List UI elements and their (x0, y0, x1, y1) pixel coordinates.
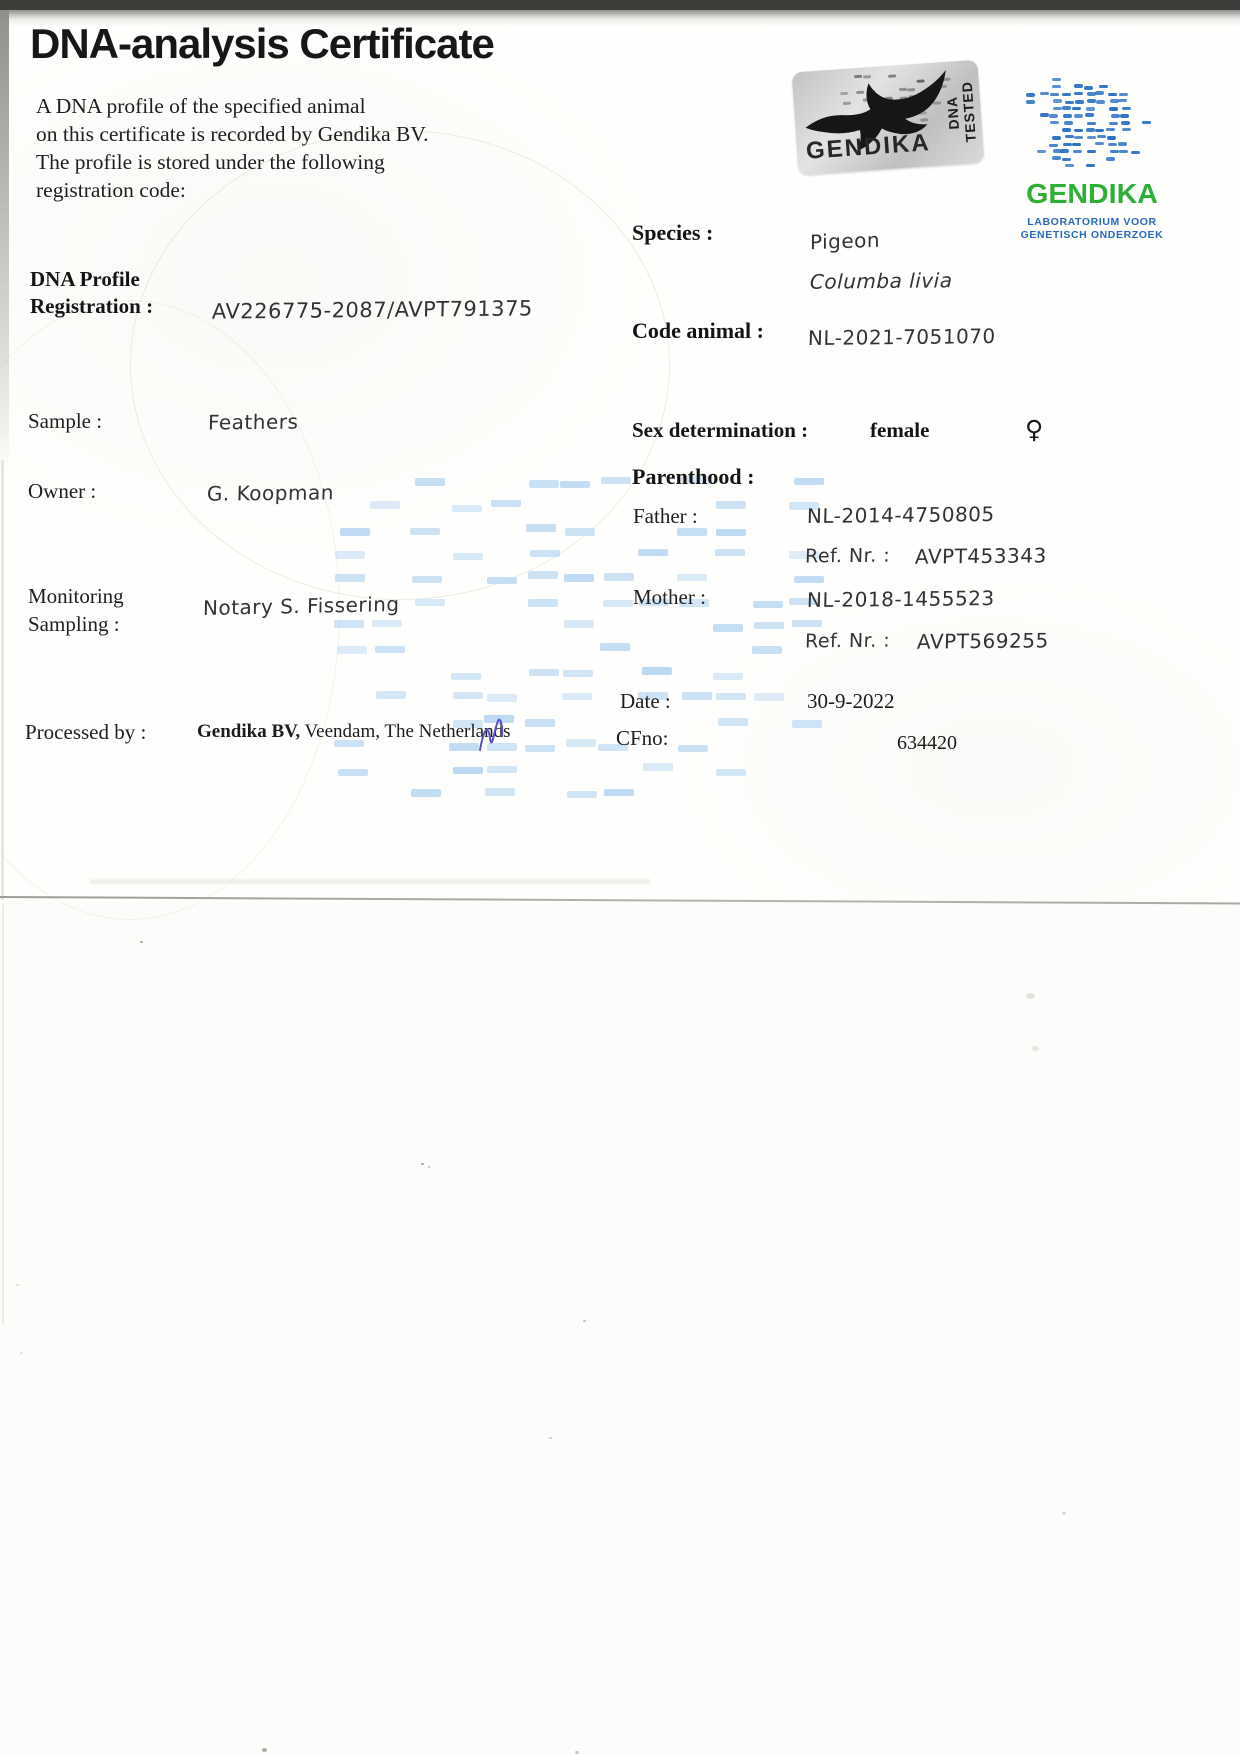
watermark-dash (370, 501, 400, 509)
watermark-dash (713, 624, 743, 632)
logo-gel-dash (1131, 151, 1140, 154)
intro-line: on this certificate is recorded by Gendi… (36, 120, 428, 148)
monitoring-sampling-value: Notary S. Fissering (203, 592, 400, 620)
logo-gel-dash (1095, 129, 1104, 132)
logo-gel-dash (1062, 93, 1071, 96)
logo-gel-dash (1052, 78, 1061, 81)
logo-gel-dash (1118, 99, 1127, 102)
logo-gel-dash (1111, 114, 1120, 117)
scan-speck (1026, 993, 1035, 999)
logo-gel-dash (1087, 136, 1096, 139)
logo-gel-dash (1074, 136, 1083, 139)
female-symbol-icon: ♀ (1025, 415, 1043, 444)
logo-gel-dash (1087, 99, 1096, 102)
logo-gel-dash (1040, 92, 1049, 95)
watermark-dash (754, 622, 784, 630)
watermark-dash (564, 620, 594, 628)
signature-squiggle (477, 714, 507, 756)
watermark-dash (452, 505, 482, 513)
code-animal-label: Code animal : (632, 318, 764, 344)
logo-gel-dash (1095, 142, 1104, 145)
mother-ref-value: AVPT569255 (917, 628, 1049, 653)
logo-gel-dash (1052, 136, 1061, 139)
logo-gel-dash (1053, 99, 1062, 102)
father-value: NL-2014-4750805 (807, 502, 995, 528)
watermark-dash (716, 769, 746, 777)
logo-gel-dash (1119, 150, 1128, 153)
watermark-dash (487, 577, 517, 585)
logo-gel-dash (1086, 107, 1095, 110)
code-animal-value: NL-2021-7051070 (808, 324, 996, 350)
watermark-dash (528, 599, 558, 607)
gendika-wordmark: GENDIKA (1014, 178, 1169, 210)
watermark-dash (529, 480, 559, 488)
scan-bottom-shadow (90, 879, 650, 884)
watermark-dash (642, 667, 672, 675)
logo-gel-dash (1097, 135, 1106, 138)
watermark-dash (335, 551, 365, 559)
logo-gel-dash (1040, 113, 1049, 116)
owner-label: Owner : (28, 479, 96, 504)
logo-gel-dash (1064, 121, 1073, 124)
logo-gel-dash (1049, 114, 1058, 117)
cfno-value: 634420 (897, 732, 957, 755)
watermark-dash (563, 670, 593, 678)
watermark-dash (453, 767, 483, 775)
watermark-dash (451, 673, 481, 681)
intro-line: A DNA profile of the specified animal (36, 92, 428, 120)
watermark-dash (453, 692, 483, 700)
logo-gel-dash (1087, 122, 1096, 125)
logo-gel-dash (1052, 156, 1061, 159)
mother-label: Mother : (633, 585, 706, 610)
watermark-dash (603, 600, 633, 608)
scan-speck (16, 1284, 19, 1286)
watermark-dash (335, 574, 365, 582)
mother-ref-label: Ref. Nr. : (805, 630, 891, 653)
logo-gel-dash (1050, 121, 1059, 124)
sample-label: Sample : (28, 409, 102, 434)
scan-speck (1032, 1046, 1039, 1051)
watermark-dash (792, 720, 822, 728)
watermark-dash (566, 739, 596, 747)
logo-gel-dash (1095, 91, 1104, 94)
sample-value: Feathers (208, 410, 299, 435)
watermark-dash (716, 529, 746, 537)
watermark-dash (753, 601, 783, 609)
watermark-dash (715, 549, 745, 557)
watermark-dash (678, 745, 708, 753)
logo-gel-dash (1096, 100, 1105, 103)
father-ref-value: AVPT453343 (915, 543, 1047, 568)
watermark-dash (375, 646, 405, 654)
gendika-logo: G GENDIKA LABORATORIUM VOOR GENETISCH ON… (1016, 78, 1168, 242)
scan-top-edge (0, 0, 1240, 10)
logo-gel-dash (1052, 85, 1061, 88)
logo-gel-dash (1060, 149, 1069, 152)
logo-gel-dash (1074, 114, 1083, 117)
watermark-dash (718, 718, 748, 726)
sticker-dna-tested-text: DNA TESTED (942, 65, 980, 159)
watermark-dash (338, 769, 368, 777)
watermark-dash (340, 528, 370, 536)
date-value: 30-9-2022 (807, 689, 895, 714)
watermark-dash (487, 766, 517, 774)
watermark-dash (526, 524, 556, 532)
scan-speck (575, 1751, 579, 1754)
intro-line: registration code: (36, 176, 428, 204)
logo-gel-dash (1142, 121, 1151, 124)
logo-gel-dash (1122, 128, 1131, 131)
date-label: Date : (620, 689, 671, 714)
logo-gel-dash (1062, 128, 1071, 131)
logo-gel-dash (1062, 158, 1071, 161)
logo-gel-dash (1053, 107, 1062, 110)
watermark-dash (643, 763, 673, 771)
scan-speck (20, 1352, 23, 1354)
dna-profile-registration-label: DNA Profile Registration : (30, 266, 153, 320)
logo-gel-dash (1099, 85, 1108, 88)
logo-gel-dash (1049, 144, 1058, 147)
watermark-dash (529, 669, 559, 677)
parenthood-label: Parenthood : (632, 464, 754, 490)
hologram-sticker: GENDIKA DNA TESTED (792, 60, 985, 176)
logo-gel-dash (1106, 157, 1115, 160)
watermark-dash (565, 528, 595, 536)
watermark-dash (638, 549, 668, 557)
logo-gel-dash (1085, 113, 1094, 116)
logo-gel-dash (1109, 122, 1118, 125)
gendika-gel-mark-icon: G (1028, 78, 1154, 172)
watermark-dash (562, 693, 592, 701)
watermark-dash (716, 693, 746, 701)
sex-determination-label: Sex determination : (632, 418, 808, 443)
logo-gel-dash (1065, 101, 1074, 104)
logo-gel-dash (1084, 86, 1093, 89)
scan-left-edge-lower (2, 905, 4, 1325)
watermark-dash (415, 599, 445, 607)
watermark-dash (528, 571, 558, 579)
logo-gel-dash (1063, 143, 1072, 146)
logo-gel-dash (1086, 164, 1095, 167)
father-ref-label: Ref. Nr. : (805, 545, 891, 568)
sex-determination-value: female (870, 418, 929, 443)
watermark-dash (415, 478, 445, 486)
tagline-line: GENETISCH ONDERZOEK (1016, 229, 1168, 242)
logo-gel-dash (1120, 114, 1129, 117)
species-label: Species : (632, 220, 713, 246)
page-title: DNA-analysis Certificate (30, 20, 494, 68)
watermark-dash (530, 550, 560, 558)
logo-gel-dash (1065, 164, 1074, 167)
watermark-dash (337, 646, 367, 654)
processed-by-value: Gendika BV, Veendam, The Netherlands (197, 721, 511, 743)
logo-gel-dash (1106, 128, 1115, 131)
logo-gel-dash (1109, 107, 1118, 110)
logo-gel-dash (1121, 121, 1130, 124)
watermark-dash (677, 574, 707, 582)
logo-gel-dash (1074, 84, 1083, 87)
watermark-dash (716, 501, 746, 509)
logo-gel-dash (1074, 129, 1083, 132)
processed-by-label: Processed by : (25, 720, 146, 745)
intro-line: The profile is stored under the followin… (36, 148, 428, 176)
watermark-dash (485, 788, 515, 796)
watermark-dash (752, 646, 782, 654)
logo-gel-dash (1063, 114, 1072, 117)
watermark-dash (792, 620, 822, 628)
logo-gel-dash (1065, 135, 1074, 138)
watermark-dash (411, 789, 441, 797)
watermark-dash (453, 553, 483, 561)
intro-paragraph: A DNA profile of the specified animal on… (36, 92, 428, 204)
watermark-dash (376, 691, 406, 699)
logo-gel-dash (1108, 143, 1117, 146)
logo-gel-dash (1062, 106, 1071, 109)
watermark-dash (525, 745, 555, 753)
scan-speck (1062, 1512, 1066, 1515)
watermark-dash (334, 620, 364, 628)
watermark-dash (567, 791, 597, 799)
logo-gel-dash (1072, 143, 1081, 146)
logo-gel-dash (1050, 93, 1059, 96)
watermark-dash (487, 694, 517, 702)
gendika-tagline: LABORATORIUM VOOR GENETISCH ONDERZOEK (1016, 216, 1168, 242)
watermark-dash (491, 500, 521, 508)
scanned-certificate: DNA-analysis Certificate A DNA profile o… (0, 0, 1240, 1754)
scan-speck (549, 1437, 552, 1439)
watermark-dash (372, 620, 402, 628)
logo-gel-dash (1075, 100, 1084, 103)
scan-speck (428, 1166, 430, 1168)
logo-gel-dash (1072, 107, 1081, 110)
watermark-dash (754, 693, 784, 701)
species-latin-value: Columba livia (810, 268, 953, 293)
logo-gel-dash (1119, 93, 1128, 96)
father-label: Father : (633, 504, 698, 529)
watermark-dash (682, 692, 712, 700)
logo-gel-dash (1037, 150, 1046, 153)
watermark-dash (604, 573, 634, 581)
watermark-dash (410, 528, 440, 536)
watermark-dash (713, 673, 743, 681)
dna-profile-registration-value: AV226775-2087/AVPT791375 (212, 296, 533, 323)
logo-gel-dash (1074, 92, 1083, 95)
watermark-dash (677, 528, 707, 536)
cfno-label: CFno: (616, 726, 669, 751)
watermark-dash (449, 743, 479, 751)
processed-by-company: Gendika BV, (197, 721, 300, 742)
logo-gel-dash (1118, 142, 1127, 145)
watermark-dash (794, 478, 824, 486)
watermark-dash (601, 477, 631, 485)
logo-gel-dash (1086, 128, 1095, 131)
logo-gel-dash (1026, 93, 1035, 96)
mother-value: NL-2018-1455523 (807, 586, 995, 612)
scan-speck (583, 1320, 586, 1322)
tagline-line: LABORATORIUM VOOR (1016, 216, 1168, 229)
scan-speck (262, 1748, 267, 1752)
owner-value: G. Koopman (207, 480, 335, 505)
watermark-dash (412, 576, 442, 584)
logo-gel-dash (1107, 136, 1116, 139)
scan-speck (140, 941, 143, 943)
monitoring-sampling-label: Monitoring Sampling : (28, 582, 124, 638)
logo-gel-dash (1110, 150, 1119, 153)
watermark-dash (525, 719, 555, 727)
watermark-dash (564, 574, 594, 582)
logo-gel-dash (1026, 100, 1035, 103)
watermark-dash (794, 576, 824, 584)
logo-gel-dash (1073, 150, 1082, 153)
logo-gel-dash (1108, 93, 1117, 96)
watermark-dash (560, 481, 590, 489)
species-value: Pigeon (810, 228, 880, 254)
scan-speck (421, 1163, 424, 1165)
watermark-dash (600, 643, 630, 651)
watermark-dash (604, 789, 634, 797)
logo-gel-dash (1122, 107, 1131, 110)
